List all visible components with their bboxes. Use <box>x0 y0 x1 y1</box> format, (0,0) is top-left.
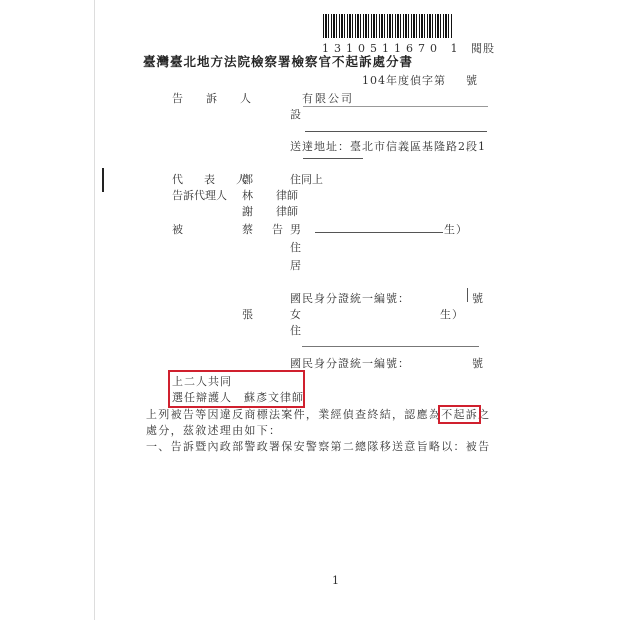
defendant1-residence: 住 <box>290 239 303 255</box>
complainant-name: 有限公司 <box>302 90 354 106</box>
document-title: 臺灣臺北地方法院檢察署檢察官不起訴處分書 <box>143 52 413 70</box>
case-number: 104年度偵字第 <box>362 72 446 88</box>
defendant2-address-line <box>302 346 479 347</box>
representative-address: 住同上 <box>290 171 323 187</box>
defendant1-name: 蔡 <box>242 221 255 237</box>
defendant1-birth-line <box>315 232 443 233</box>
defendant1-id-suffix: 號 <box>472 290 485 306</box>
defendant2-name: 張 <box>242 306 255 322</box>
agent2-title: 律師 <box>276 203 298 219</box>
agent2-name: 謝 <box>242 203 255 219</box>
counsel-name: 蘇彥文律師 <box>244 389 304 405</box>
representative-name: 鄭 <box>242 171 255 187</box>
defendant2-id-suffix: 號 <box>472 355 485 371</box>
service-address: 送達地址：臺北市信義區基隆路2段1 <box>290 138 486 154</box>
defendant2-residence: 住 <box>290 322 303 338</box>
margin-mark <box>102 168 104 192</box>
body-paragraph-1: 上列被告等因違反商標法案件，業經偵查終結，認應為不起訴之 <box>146 406 490 422</box>
agent1-title: 律師 <box>276 187 298 203</box>
address-line <box>305 131 487 132</box>
address-redacted <box>303 106 488 107</box>
defendant1-sex: 男 <box>290 221 303 237</box>
agent-label: 告訴代理人 <box>172 187 227 203</box>
defendant1-birth-suffix: 生） <box>444 221 468 237</box>
defendant-label: 被 告 <box>172 221 297 237</box>
counsel-label: 選任辯護人 <box>172 389 232 405</box>
defendant1-domicile: 居 <box>290 257 303 273</box>
body-paragraph-2: 處分，茲敘述理由如下： <box>146 422 281 438</box>
counsel-line1: 上二人共同 <box>172 373 232 389</box>
defendant2-id-label: 國民身分證統一編號： <box>290 355 410 371</box>
defendant2-sex: 女 <box>290 306 303 322</box>
barcode <box>323 14 453 38</box>
representative-label: 代 表 人 <box>172 171 252 187</box>
defendant1-id-label: 國民身分證統一編號： <box>290 290 410 306</box>
id-divider <box>467 288 468 302</box>
case-number-suffix: 號 <box>466 72 479 88</box>
defendant2-birth-suffix: 生） <box>440 306 464 322</box>
agent1-name: 林 <box>242 187 255 203</box>
body-paragraph-3: 一、告訴暨內政部警政署保安警察第二總隊移送意旨略以：被告 <box>146 438 490 454</box>
non-prosecution-highlight: 不起訴 <box>441 408 478 421</box>
complainant-label: 告 訴 人 <box>172 90 257 106</box>
service-address-line <box>303 158 363 159</box>
address-prefix: 設 <box>290 106 303 122</box>
page-number: 1 <box>332 574 339 587</box>
